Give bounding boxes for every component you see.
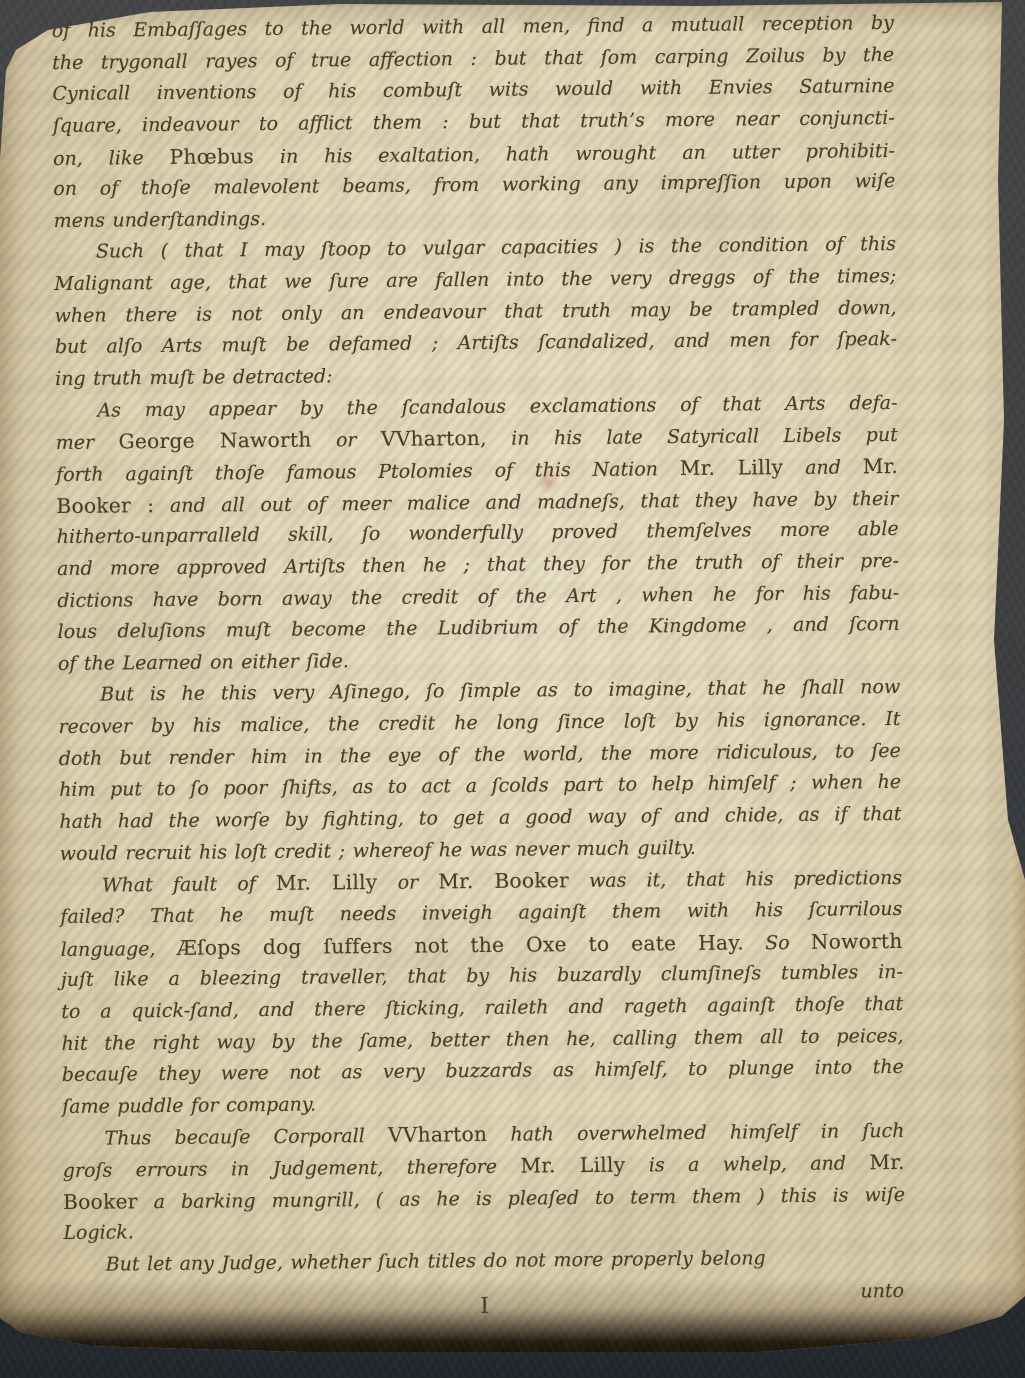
scanned-book-page: of his Embaſſages to the world with all …	[0, 0, 1025, 1378]
italic-text-segment: or	[312, 429, 382, 452]
italic-text-segment: So	[744, 931, 811, 954]
italic-text-segment: him put to ſo poor ſhifts, as to act a ſ…	[59, 771, 901, 801]
italic-text-segment: dictions have born away the credit of th…	[57, 581, 899, 611]
page-footer: unto I	[64, 1276, 906, 1328]
italic-text-segment: ing truth muſt be detracted:	[55, 365, 333, 390]
italic-text-segment: hath had the worſe by fighting, to get a…	[59, 803, 901, 833]
paragraph: Thus becauſe Corporall VVharton hath ove…	[62, 1115, 905, 1250]
italic-text-segment: hit the right way by the ſame, better th…	[61, 1024, 903, 1054]
italic-text-segment: Thus becauſe Corporall	[104, 1125, 388, 1150]
roman-text-segment: Æſops dog ſuffers not the Oxe to eate Ha…	[177, 930, 745, 959]
italic-text-segment: What fault of	[102, 873, 276, 897]
italic-text-segment: hitherto-unparralleld skill, ſo wonderfu…	[57, 518, 899, 548]
text-block: of his Embaſſages to the world with all …	[52, 8, 907, 1328]
italic-text-segment: and all out of meer malice and madneſs, …	[154, 488, 898, 517]
italic-text-segment: doth but render him in the eye of the wo…	[59, 740, 901, 770]
italic-text-segment: As may appear by the ſcandalous exclamat…	[97, 392, 897, 422]
italic-text-segment: is a whelp, and	[625, 1152, 869, 1176]
paragraph: What fault of Mr. Lilly or Mr. Booker wa…	[60, 862, 904, 1123]
italic-text-segment: Cynicall inventions of his combuſt wits …	[52, 75, 894, 105]
italic-text-segment: and	[783, 456, 863, 479]
roman-text-segment: Noworth	[811, 928, 903, 953]
italic-text-segment: juſt like a bleezing traveller, that by …	[61, 961, 903, 991]
signature-mark: I	[64, 1287, 906, 1327]
roman-text-segment: George Naworth	[118, 428, 311, 454]
italic-text-segment: mens underſtandings.	[54, 208, 267, 232]
italic-text-segment: on, like	[53, 146, 170, 169]
paragraph: As may appear by the ſcandalous exclamat…	[55, 388, 900, 681]
paragraph: But is he this very Aſinego, ſo ſimple a…	[58, 672, 902, 870]
italic-text-segment: hath overwhelmed himſelf in ſuch	[487, 1120, 904, 1146]
italic-text-segment: in his exaltation, hath wrought an utter…	[254, 140, 895, 168]
italic-text-segment: forth againſt thoſe famous Ptolomies of …	[56, 458, 680, 486]
italic-text-segment: and more approved Artiſts then he ; that…	[57, 550, 899, 580]
text-line: But let any Judge, whether ſuch titles d…	[64, 1242, 906, 1282]
italic-text-segment: mer	[56, 432, 119, 455]
italic-text-segment: would recruit his loſt credit ; whereof …	[60, 837, 696, 865]
roman-text-segment: Mr. Lilly	[276, 870, 378, 895]
italic-text-segment: in his late Satyricall Libels put	[487, 424, 898, 450]
italic-text-segment: the trygonall rayes of true affection : …	[52, 44, 894, 74]
italic-text-segment: or	[377, 872, 438, 895]
roman-text-segment: Phœbus	[169, 144, 254, 169]
italic-text-segment: becauſe they were not as very buzzards a…	[62, 1056, 904, 1086]
italic-text-segment: ſame puddle for company.	[62, 1093, 316, 1117]
italic-text-segment: to a quick-ſand, and there ſticking, rai…	[61, 993, 903, 1023]
roman-text-segment: Booker :	[56, 493, 154, 518]
roman-text-segment: Mr.	[869, 1150, 905, 1174]
roman-text-segment: Booker	[63, 1189, 138, 1214]
italic-text-segment: was it, that his predictions	[569, 867, 902, 892]
italic-text-segment: lous deluſions muſt become the Ludibrium…	[58, 613, 900, 643]
italic-text-segment: on of thoſe malevolent beams, from worki…	[53, 170, 895, 200]
roman-text-segment: Mr. Lilly	[520, 1153, 625, 1178]
italic-text-segment: a barking mungrill, ( as he is pleaſed t…	[138, 1184, 906, 1213]
italic-text-segment: but alſo Arts muſt be defamed ; Artiſts …	[55, 328, 897, 358]
italic-text-segment: But let any Judge, whether ſuch titles d…	[106, 1247, 766, 1275]
italic-text-segment: of the Learned on either ſide.	[58, 650, 349, 675]
paragraph: Such ( that I may ſtoop to vulgar capaci…	[54, 229, 897, 395]
italic-text-segment: language,	[61, 937, 177, 960]
italic-text-segment: Logick.	[63, 1222, 134, 1245]
paragraph: of his Embaſſages to the world with all …	[52, 8, 896, 238]
italic-text-segment: But is he this very Aſinego, ſo ſimple a…	[100, 676, 900, 706]
roman-text-segment: VVharton,	[381, 426, 487, 451]
roman-text-segment: Mr. Booker	[438, 868, 569, 893]
italic-text-segment: ſquare, indeavour to afflict them : but …	[53, 107, 895, 137]
italic-text-segment: failed? That he muſt needs inveigh again…	[60, 898, 902, 928]
roman-text-segment: Mr. Lilly	[680, 455, 784, 480]
roman-text-segment: VVharton	[388, 1122, 487, 1147]
italic-text-segment: of his Embaſſages to the world with all …	[52, 12, 894, 42]
roman-text-segment: Mr.	[863, 454, 899, 478]
italic-text-segment: when there is not only an endeavour that…	[54, 297, 896, 327]
italic-text-segment: Malignant age, that we ſure are fallen i…	[54, 265, 896, 295]
paragraph: But let any Judge, whether ſuch titles d…	[64, 1242, 906, 1282]
italic-text-segment: groſs errours in Judgement, therefore	[63, 1156, 521, 1182]
italic-text-segment: recover by his malice, the credit he lon…	[58, 708, 900, 738]
italic-text-segment: Such ( that I may ſtoop to vulgar capaci…	[96, 233, 896, 263]
